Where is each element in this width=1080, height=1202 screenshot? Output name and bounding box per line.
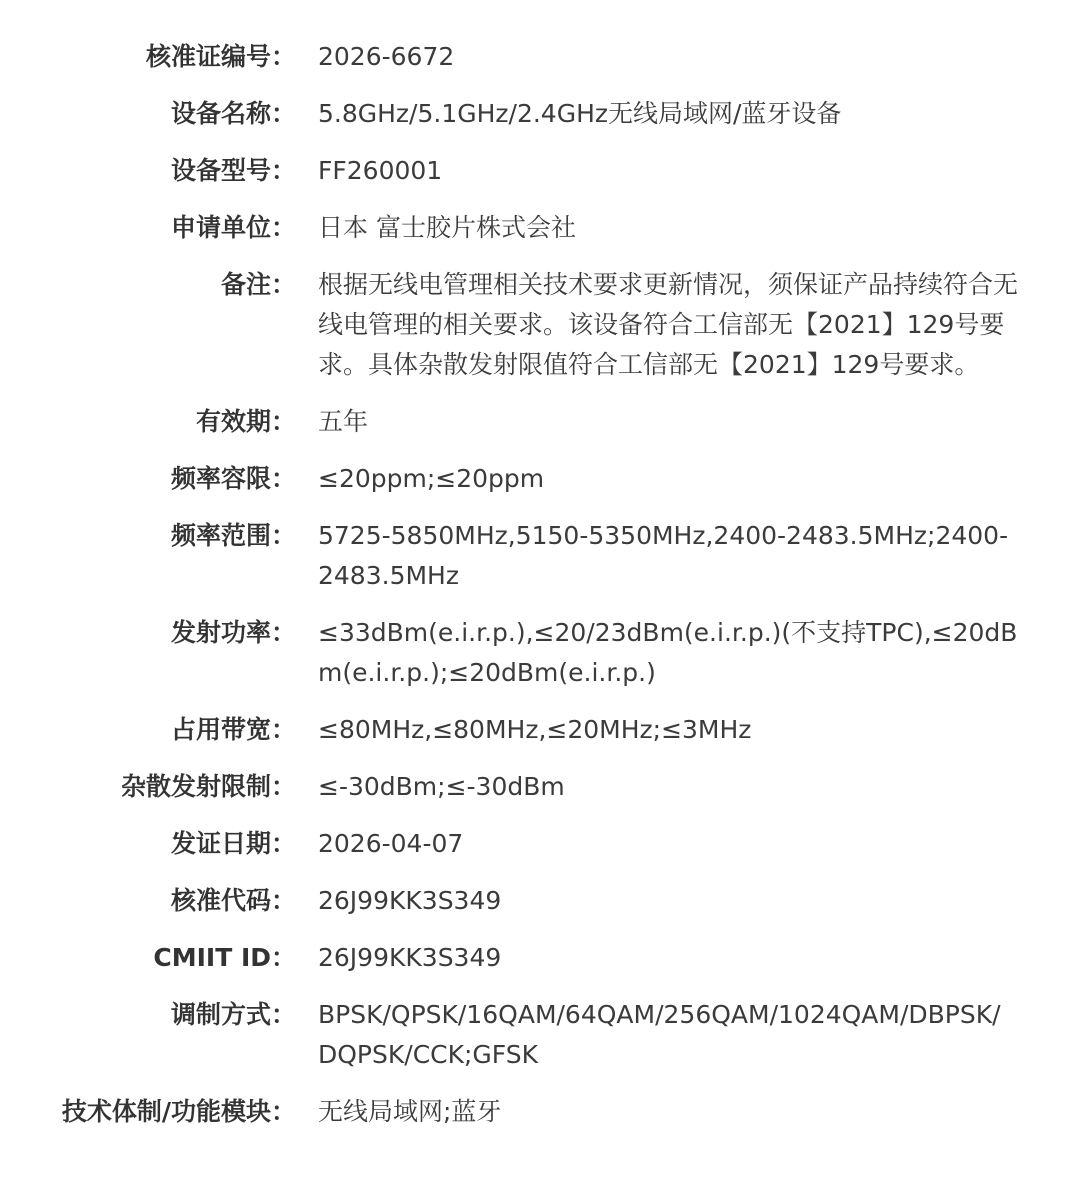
field-cmiit-id: CMIIT ID： 26J99KK3S349	[0, 938, 1080, 978]
field-label: 杂散发射限制：	[0, 767, 296, 807]
field-issue-date: 发证日期： 2026-04-07	[0, 824, 1080, 864]
field-label: 发射功率：	[0, 613, 296, 653]
field-spurious-emission-limit: 杂散发射限制： ≤-30dBm;≤-30dBm	[0, 767, 1080, 807]
field-label: 频率范围：	[0, 516, 296, 556]
field-value: ≤-30dBm;≤-30dBm	[318, 767, 1018, 807]
field-value: BPSK/QPSK/16QAM/64QAM/256QAM/1024QAM/DBP…	[318, 995, 1018, 1075]
field-value: FF260001	[318, 151, 1018, 191]
field-technology-modules: 技术体制/功能模块： 无线局域网;蓝牙	[0, 1092, 1080, 1132]
field-value: 2026-04-07	[318, 824, 1018, 864]
field-value: 五年	[318, 402, 1018, 442]
field-label: 调制方式：	[0, 995, 296, 1035]
field-label: 申请单位：	[0, 208, 296, 248]
field-label: 设备名称：	[0, 94, 296, 134]
field-label: 核准证编号：	[0, 37, 296, 77]
field-label: 备注：	[0, 265, 296, 305]
field-device-model: 设备型号： FF260001	[0, 151, 1080, 191]
field-value: 5.8GHz/5.1GHz/2.4GHz无线局域网/蓝牙设备	[318, 94, 1018, 134]
field-value: 日本 富士胶片株式会社	[318, 208, 1018, 248]
field-modulation: 调制方式： BPSK/QPSK/16QAM/64QAM/256QAM/1024Q…	[0, 995, 1080, 1075]
field-approval-code: 核准代码： 26J99KK3S349	[0, 881, 1080, 921]
field-value: 5725-5850MHz,5150-5350MHz,2400-2483.5MHz…	[318, 516, 1018, 596]
field-validity-period: 有效期： 五年	[0, 402, 1080, 442]
field-value: 26J99KK3S349	[318, 881, 1018, 921]
field-label: CMIIT ID：	[0, 938, 296, 978]
field-value: ≤33dBm(e.i.r.p.),≤20/23dBm(e.i.r.p.)(不支持…	[318, 613, 1018, 693]
field-frequency-tolerance: 频率容限： ≤20ppm;≤20ppm	[0, 459, 1080, 499]
field-value: 无线局域网;蓝牙	[318, 1092, 1018, 1132]
certification-record: 核准证编号： 2026-6672 设备名称： 5.8GHz/5.1GHz/2.4…	[0, 0, 1080, 1132]
field-label: 设备型号：	[0, 151, 296, 191]
field-label: 有效期：	[0, 402, 296, 442]
field-transmit-power: 发射功率： ≤33dBm(e.i.r.p.),≤20/23dBm(e.i.r.p…	[0, 613, 1080, 693]
field-approval-number: 核准证编号： 2026-6672	[0, 37, 1080, 77]
field-occupied-bandwidth: 占用带宽： ≤80MHz,≤80MHz,≤20MHz;≤3MHz	[0, 710, 1080, 750]
field-label: 技术体制/功能模块：	[0, 1092, 296, 1132]
field-value: ≤20ppm;≤20ppm	[318, 459, 1018, 499]
field-label: 核准代码：	[0, 881, 296, 921]
field-remarks: 备注： 根据无线电管理相关技术要求更新情况，须保证产品持续符合无线电管理的相关要…	[0, 265, 1080, 385]
field-label: 发证日期：	[0, 824, 296, 864]
field-value: 26J99KK3S349	[318, 938, 1018, 978]
field-value: ≤80MHz,≤80MHz,≤20MHz;≤3MHz	[318, 710, 1018, 750]
field-label: 频率容限：	[0, 459, 296, 499]
field-device-name: 设备名称： 5.8GHz/5.1GHz/2.4GHz无线局域网/蓝牙设备	[0, 94, 1080, 134]
field-label: 占用带宽：	[0, 710, 296, 750]
field-frequency-range: 频率范围： 5725-5850MHz,5150-5350MHz,2400-248…	[0, 516, 1080, 596]
field-value: 2026-6672	[318, 37, 1018, 77]
field-value: 根据无线电管理相关技术要求更新情况，须保证产品持续符合无线电管理的相关要求。该设…	[318, 265, 1018, 385]
field-applicant: 申请单位： 日本 富士胶片株式会社	[0, 208, 1080, 248]
